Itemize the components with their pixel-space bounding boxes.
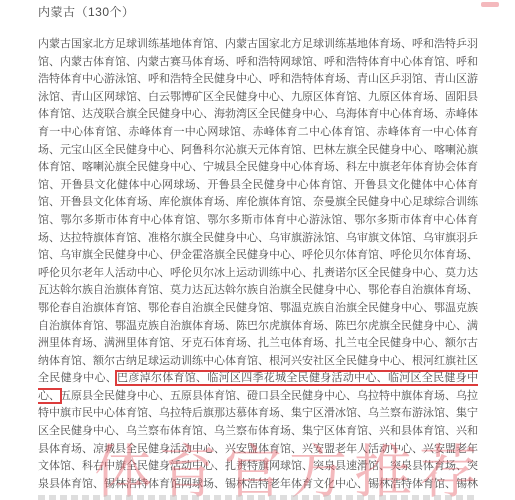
watermark-fragment (481, 2, 499, 7)
text-segment: 县体育场、凉城县全民健身活动中心、兴安盟体育馆、兴安盟老年人活动中心、兴安盟老年 (38, 443, 478, 455)
text-segment: 瓦达斡尔族自治旗体育馆、莫力达瓦达斡尔族自治旗全民健身中心、鄂伦春自治旗体育场、 (38, 284, 478, 296)
text-line: 呼伦贝尔老年人活动中心、呼伦贝尔冰上运动训练中心、扎赉诺尔区全民健身中心、莫力达 (38, 265, 478, 283)
text-line: 体育馆、喀喇沁旗全民健身中心、宁城县全民健身中心体育场、科左中旗老年体育协会体育 (38, 159, 478, 177)
text-line: 泉县体育馆、锡林浩特体育馆网球场、锡林浩特老年体育文化中心、锡林浩特体育馆、锡林 (38, 476, 478, 494)
text-segment: 全民健身中心、 (38, 372, 117, 384)
text-line: 心、五原县全民健身中心、五原县体育馆、磴口县全民健身中心、乌拉特中旗体育场、乌拉 (38, 388, 478, 406)
text-segment: 场、元宝山区全民健身中心、阿鲁科尔沁旗天元体育馆、巴林左旗全民健身中心、喀喇沁旗 (38, 144, 478, 156)
text-line: 场、达拉特旗体育馆、准格尔旗全民健身中心、乌审旗游泳馆、乌审旗文体馆、乌审旗羽乒 (38, 230, 478, 248)
text-segment: 文体馆、科右中旗全民健身活动中心、扎赉特旗网球馆、突泉县速滑馆、突泉县体育场、突 (38, 460, 478, 472)
text-line: 洲里体育场、满洲里体育馆、牙克石体育场、扎兰屯体育场、扎兰屯全民健身中心、额尔古 (38, 335, 478, 353)
text-line: 体育馆、达茂联合旗全民健身中心、海勃湾区全民健身中心、乌海体育中心体育场、赤峰体 (38, 106, 478, 124)
text-segment: 馆、鄂尔多斯市体育中心体育馆、鄂尔多斯市体育中心游泳馆、鄂尔多斯市体育中心体育 (38, 214, 478, 226)
text-line: 全民健身中心、巴彦淖尔体育馆、临河区四季花城全民健身活动中心、临河区全民健身中 (38, 370, 478, 388)
text-line: 内蒙古国家北方足球训练基地体育馆、内蒙古国家北方足球训练基地体育场、呼和浩特乒羽 (38, 36, 478, 54)
text-segment: 呼伦贝尔老年人活动中心、呼伦贝尔冰上运动训练中心、扎赉诺尔区全民健身中心、莫力达 (38, 267, 478, 279)
text-line: 馆、内蒙古体育馆、内蒙古赛马体育场、呼和浩特网球馆、呼和浩特体育中心体育馆、呼和 (38, 54, 478, 72)
text-segment: 泉县体育馆、锡林浩特体育馆网球场、锡林浩特老年体育文化中心、锡林浩特体育馆、锡林 (38, 478, 478, 490)
text-line: 县体育场、凉城县全民健身活动中心、兴安盟体育馆、兴安盟老年人活动中心、兴安盟老年 (38, 441, 478, 459)
text-line: 瓦达斡尔族自治旗体育馆、莫力达瓦达斡尔族自治旗全民健身中心、鄂伦春自治旗体育场、 (38, 282, 478, 300)
text-line: 文体馆、科右中旗全民健身活动中心、扎赉特旗网球馆、突泉县速滑馆、突泉县体育场、突 (38, 458, 478, 476)
text-segment: 育一中心体育馆、赤峰体育一中心网球馆、赤峰体育二中心体育馆、赤峰体育一中心体育 (38, 126, 478, 138)
text-line: 场、元宝山区全民健身中心、阿鲁科尔沁旗天元体育馆、巴林左旗全民健身中心、喀喇沁旗 (38, 142, 478, 160)
text-line: 育一中心体育馆、赤峰体育一中心网球馆、赤峰体育二中心体育馆、赤峰体育一中心体育 (38, 124, 478, 142)
text-segment: 泳馆、青山区网球馆、白云鄂博矿区全民健身中心、九原区体育馆、九原区体育场、固阳县 (38, 91, 478, 103)
text-line: 馆、乌审旗全民健身中心、伊金霍洛旗全民健身中心、呼伦贝尔体育馆、呼伦贝尔体育场、 (38, 247, 478, 265)
text-line: 鄂伦春自治旗体育馆、鄂伦春自治旗全民健身馆、鄂温克族自治旗全民健身中心、鄂温克族 (38, 300, 478, 318)
text-segment: 五原县全民健身中心、五原县体育馆、磴口县全民健身中心、乌拉特中旗体育场、乌拉 (60, 390, 478, 402)
text-segment: 浩特体育中心游泳馆、呼和浩特全民健身中心、呼和浩特体育场、青山区乒羽馆、青山区游 (38, 73, 478, 85)
text-line: 泳馆、青山区网球馆、白云鄂博矿区全民健身中心、九原区体育馆、九原区体育场、固阳县 (38, 89, 478, 107)
text-segment: 特中旗市民中心体育馆、乌拉特后旗那达慕体育场、集宁区滑冰馆、乌兰察布游泳馆、集宁 (38, 407, 478, 419)
text-line: 区全民健身中心、乌兰察布体育馆、乌兰察布体育场、集宁区体育馆、兴和县体育馆、兴和 (38, 423, 478, 441)
text-segment: 馆、乌审旗全民健身中心、伊金霍洛旗全民健身中心、呼伦贝尔体育馆、呼伦贝尔体育场、 (38, 249, 478, 261)
text-line: 浩特体育中心游泳馆、呼和浩特全民健身中心、呼和浩特体育场、青山区乒羽馆、青山区游 (38, 71, 478, 89)
venue-list: 内蒙古国家北方足球训练基地体育馆、内蒙古国家北方足球训练基地体育场、呼和浩特乒羽… (38, 36, 478, 493)
highlight-box-segment: 心、 (38, 390, 60, 402)
text-segment: 场、达拉特旗体育馆、准格尔旗全民健身中心、乌审旗游泳馆、乌审旗文体馆、乌审旗羽乒 (38, 232, 478, 244)
text-segment: 体育馆、达茂联合旗全民健身中心、海勃湾区全民健身中心、乌海体育中心体育场、赤峰体 (38, 108, 478, 120)
text-segment: 洲里体育场、满洲里体育馆、牙克石体育场、扎兰屯体育场、扎兰屯全民健身中心、额尔古 (38, 337, 478, 349)
text-segment: 自治旗体育馆、鄂温克族自治旗体育场、陈巴尔虎旗体育场、陈巴尔虎旗全民健身中心、满 (38, 320, 478, 332)
text-segment: 鄂伦春自治旗体育馆、鄂伦春自治旗全民健身馆、鄂温克族自治旗全民健身中心、鄂温克族 (38, 302, 478, 314)
text-segment: 区全民健身中心、乌兰察布体育馆、乌兰察布体育场、集宁区体育馆、兴和县体育馆、兴和 (38, 425, 478, 437)
document-page: 内蒙古（130个） 内蒙古国家北方足球训练基地体育馆、内蒙古国家北方足球训练基地… (0, 0, 515, 500)
page-title: 内蒙古（130个） (38, 5, 135, 20)
text-segment: 内蒙古国家北方足球训练基地体育馆、内蒙古国家北方足球训练基地体育场、呼和浩特乒羽 (38, 38, 478, 50)
text-segment: 馆、内蒙古体育馆、内蒙古赛马体育场、呼和浩特网球馆、呼和浩特体育中心体育馆、呼和 (38, 56, 478, 68)
text-line: 纳体育馆、额尔古纳足球运动训练中心体育馆、根河兴安社区全民健身中心、根河红旗社区 (38, 353, 478, 371)
text-line: 自治旗体育馆、鄂温克族自治旗体育场、陈巴尔虎旗体育场、陈巴尔虎旗全民健身中心、满 (38, 318, 478, 336)
text-segment: 体育馆、喀喇沁旗全民健身中心、宁城县全民健身中心体育场、科左中旗老年体育协会体育 (38, 161, 478, 173)
text-line: 馆、开鲁县文化体育场、库伦旗体育场、库伦旗体育馆、奈曼旗全民健身中心足球综合训练 (38, 194, 478, 212)
text-line: 特中旗市民中心体育馆、乌拉特后旗那达慕体育场、集宁区滑冰馆、乌兰察布游泳馆、集宁 (38, 405, 478, 423)
text-segment: 馆、开鲁县文化健体中心网球场、开鲁县全民健身中心体育馆、开鲁县文化健体中心体育 (38, 179, 478, 191)
text-segment: 馆、开鲁县文化体育场、库伦旗体育场、库伦旗体育馆、奈曼旗全民健身中心足球综合训练 (38, 196, 478, 208)
text-line: 馆、鄂尔多斯市体育中心体育馆、鄂尔多斯市体育中心游泳馆、鄂尔多斯市体育中心体育 (38, 212, 478, 230)
text-line: 馆、开鲁县文化健体中心网球场、开鲁县全民健身中心体育馆、开鲁县文化健体中心体育 (38, 177, 478, 195)
highlight-box-segment: 巴彦淖尔体育馆、临河区四季花城全民健身活动中心、临河区全民健身中 (117, 372, 478, 384)
text-segment: 纳体育馆、额尔古纳足球运动训练中心体育馆、根河兴安社区全民健身中心、根河红旗社区 (38, 355, 478, 367)
clipped-next-line (38, 495, 478, 500)
